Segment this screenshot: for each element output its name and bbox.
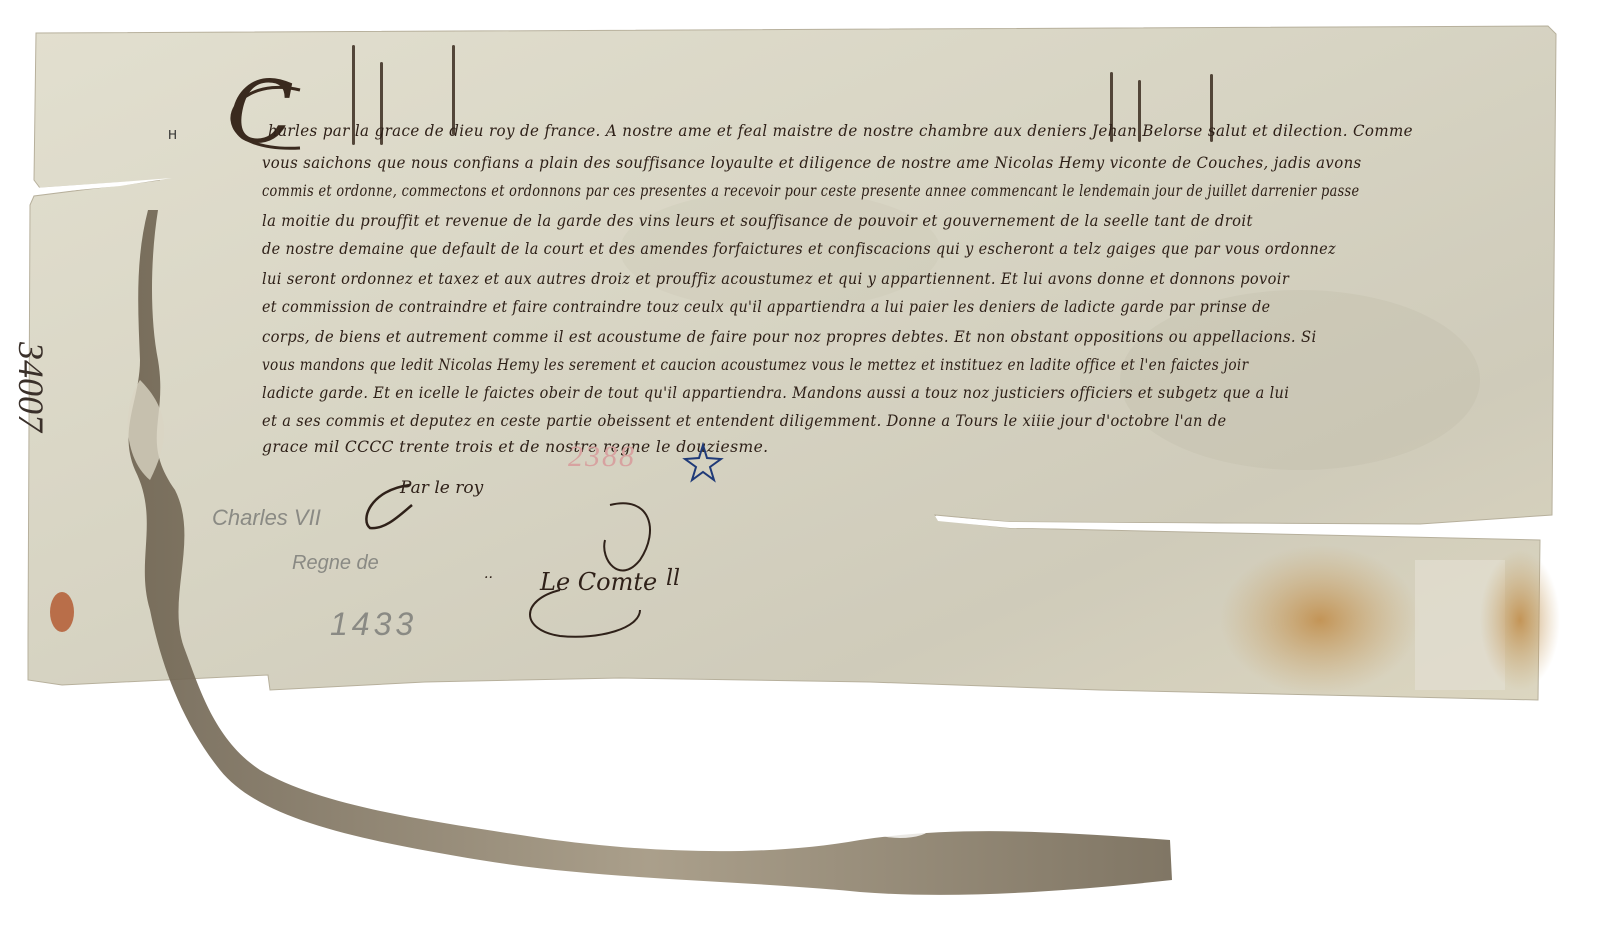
margin-mark: H (168, 128, 177, 142)
blue-star-icon (682, 442, 724, 484)
text-line: corps, de biens et autrement comme il es… (262, 328, 1317, 346)
text-line: lui seront ordonnez et taxez et aux autr… (262, 270, 1289, 288)
signature-dots: .. (484, 566, 493, 582)
pencil-note-year: 1433 (330, 606, 417, 643)
text-line: ladicte garde. Et en icelle le faictes o… (262, 384, 1289, 402)
decorated-initial: C (228, 70, 294, 156)
signature-mark: ll (666, 566, 680, 591)
text-line: la moitie du prouffit et revenue de la g… (262, 212, 1253, 230)
secretary-signature: Le Comte (540, 568, 657, 596)
text-line: de nostre demaine que default de la cour… (262, 240, 1336, 258)
pencil-note-reign-label: Regne de (292, 552, 379, 575)
margin-inventory-number: 34007 (10, 342, 52, 432)
text-line: vous saichons que nous confians a plain … (262, 154, 1362, 172)
red-catalog-number: 2388 (568, 440, 636, 474)
text-line: harles par la grace de dieu roy de franc… (268, 122, 1413, 140)
document-photo: C harles par la grace de dieu roy de fra… (0, 0, 1610, 937)
text-line: commis et ordonne, commectons et ordonno… (262, 182, 1359, 200)
text-line: et a ses commis et deputez en ceste part… (262, 412, 1227, 430)
text-line: vous mandons que ledit Nicolas Hemy les … (262, 356, 1248, 374)
text-line: et commission de contraindre et faire co… (262, 298, 1270, 316)
pencil-note-reign: Charles VII (212, 505, 321, 531)
subscription-par-le-roy: Par le roy (400, 478, 483, 498)
